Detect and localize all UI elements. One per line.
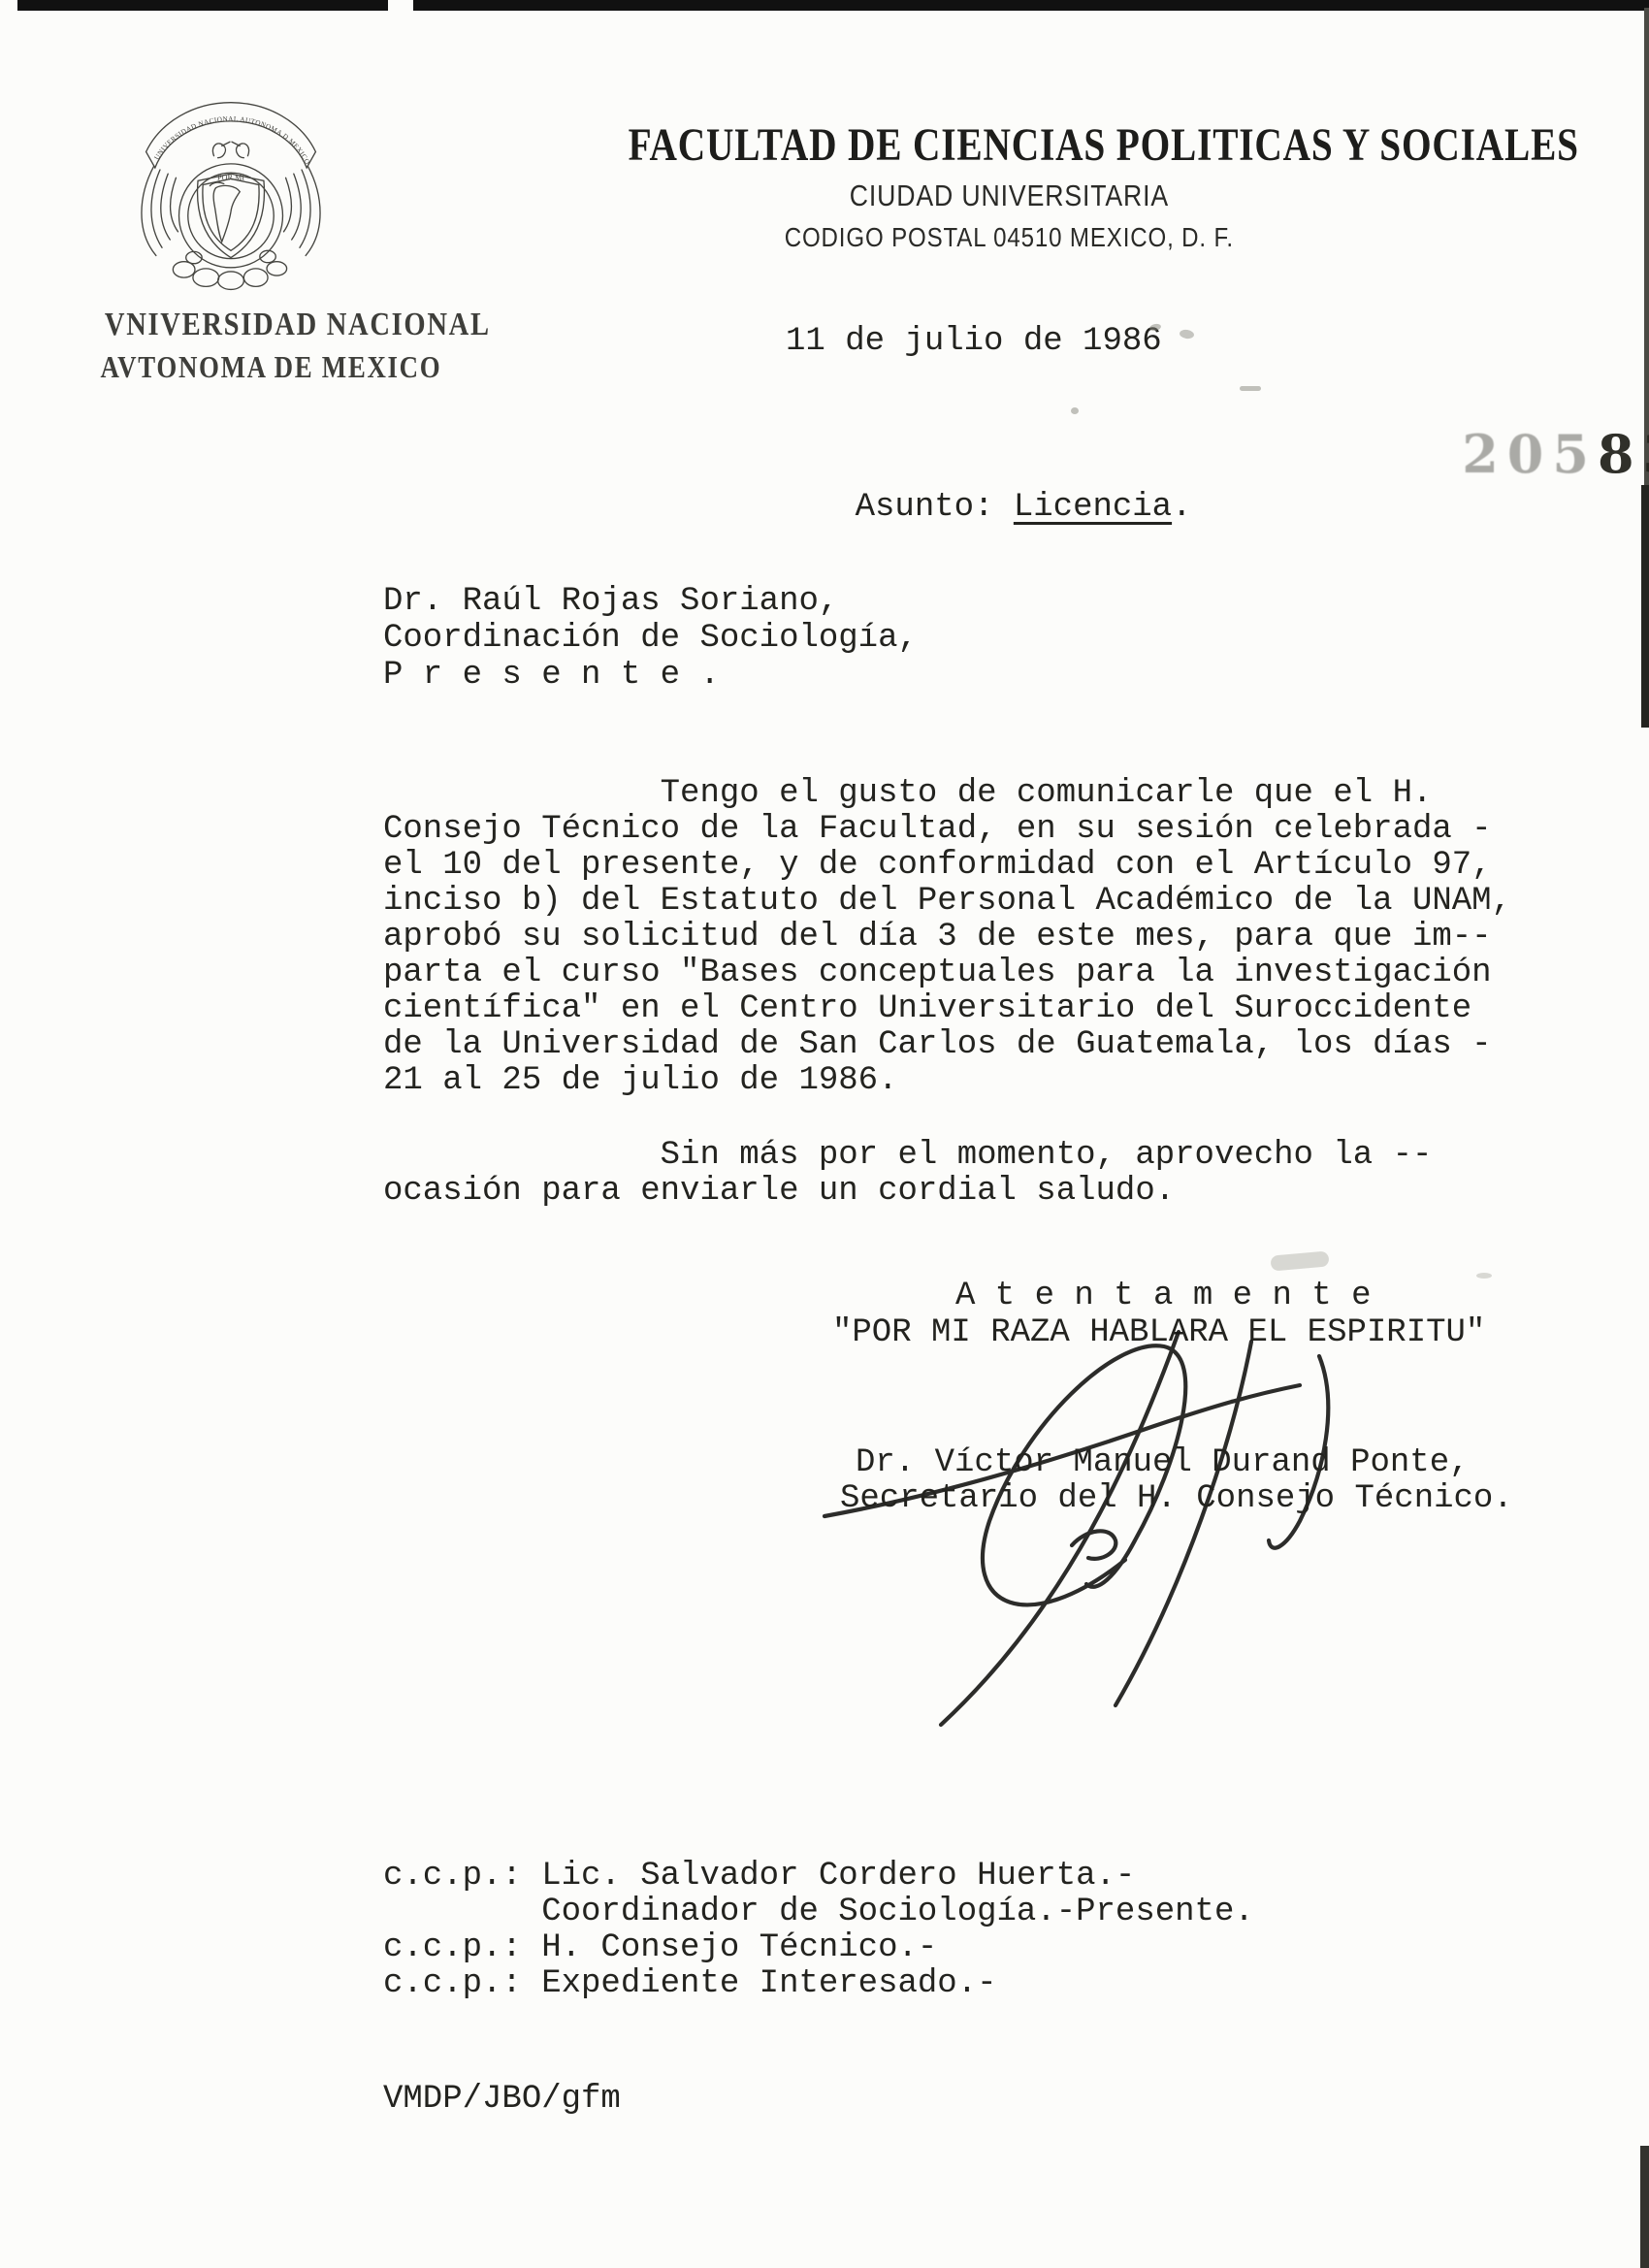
subject-label: Asunto: — [856, 489, 1014, 526]
recipient-department: Coordinación de Sociología, — [383, 621, 918, 657]
letter-page: UNIVERSIDAD NACIONAL AUTONOMA D MEXICO P… — [0, 0, 1649, 2268]
scan-edge-top — [17, 0, 1649, 11]
crest-motto-text: POR MI — [217, 173, 244, 181]
folio-stamp-dark-digits: 83 — [1598, 423, 1649, 485]
cc-line: Coordinador de Sociología.-Presente. — [383, 1895, 1254, 1930]
body-line: el 10 del presente, y de conformidad con… — [383, 848, 1492, 884]
cc-line: c.c.p.: H. Consejo Técnico.- — [383, 1930, 937, 1966]
body-line: Tengo el gusto de comunicarle que el H. — [383, 776, 1432, 812]
signer-name: Dr. Víctor Manuel Durand Ponte, — [856, 1445, 1470, 1481]
subject-value: Licencia — [1014, 489, 1172, 526]
closing-salutation: A t e n t a m e n t e — [955, 1279, 1371, 1314]
scan-edge-right-lower — [1640, 2146, 1649, 2268]
ink-smudge — [1240, 386, 1261, 391]
recipient-presente: P r e s e n t e . — [383, 658, 720, 694]
crest-banner-text: UNIVERSIDAD NACIONAL AUTONOMA D MEXICO — [153, 115, 311, 166]
body-line: científica" en el Centro Universitario d… — [383, 991, 1471, 1027]
unam-crest: UNIVERSIDAD NACIONAL AUTONOMA D MEXICO P… — [126, 101, 336, 307]
recipient-name: Dr. Raúl Rojas Soriano, — [383, 584, 838, 620]
body-line: de la Universidad de San Carlos de Guate… — [383, 1027, 1492, 1063]
campus-line: CIUDAD UNIVERSITARIA — [849, 178, 1168, 213]
reference-initials: VMDP/JBO/gfm — [383, 2082, 621, 2118]
cc-line: c.c.p.: Expediente Interesado.- — [383, 1966, 997, 2002]
subject-period: . — [1172, 489, 1191, 526]
cc-line: c.c.p.: Lic. Salvador Cordero Huerta.- — [383, 1859, 1135, 1895]
body-line: Consejo Técnico de la Facultad, en su se… — [383, 812, 1492, 848]
scan-edge-top-gap — [388, 0, 413, 11]
svg-text:UNIVERSIDAD NACIONAL AUTONOMA: UNIVERSIDAD NACIONAL AUTONOMA D MEXICO — [153, 115, 311, 166]
ink-smudge — [1071, 407, 1079, 414]
body-line: aprobó su solicitud del día 3 de este me… — [383, 920, 1492, 956]
folio-stamp: 20583 — [1354, 361, 1649, 547]
body-line: parta el curso "Bases conceptuales para … — [383, 956, 1492, 991]
faculty-name: FACULTAD DE CIENCIAS POLITICAS Y SOCIALE… — [629, 118, 1579, 172]
signature — [795, 1317, 1416, 1734]
ink-smudge — [1179, 329, 1194, 340]
body-line: Sin más por el momento, aprovecho la -- — [383, 1138, 1432, 1174]
postal-line: CODIGO POSTAL 04510 MEXICO, D. F. — [784, 222, 1233, 253]
signer-title: Secretario del H. Consejo Técnico. — [840, 1481, 1513, 1517]
body-line: 21 al 25 de julio de 1986. — [383, 1063, 898, 1099]
ink-smudge — [1476, 1273, 1492, 1279]
university-name-line1: VNIVERSIDAD NACIONAL — [105, 307, 491, 343]
letter-date: 11 de julio de 1986 — [786, 324, 1162, 360]
ink-smudge — [1270, 1250, 1329, 1271]
university-name-line2: AVTONOMA DE MEXICO — [101, 349, 442, 385]
folio-stamp-faded-digits: 205 — [1462, 423, 1598, 485]
body-line: inciso b) del Estatuto del Personal Acad… — [383, 884, 1511, 920]
body-line: ocasión para enviarle un cordial saludo. — [383, 1174, 1175, 1210]
subject-line: Asunto: Licencia. — [776, 454, 1192, 562]
